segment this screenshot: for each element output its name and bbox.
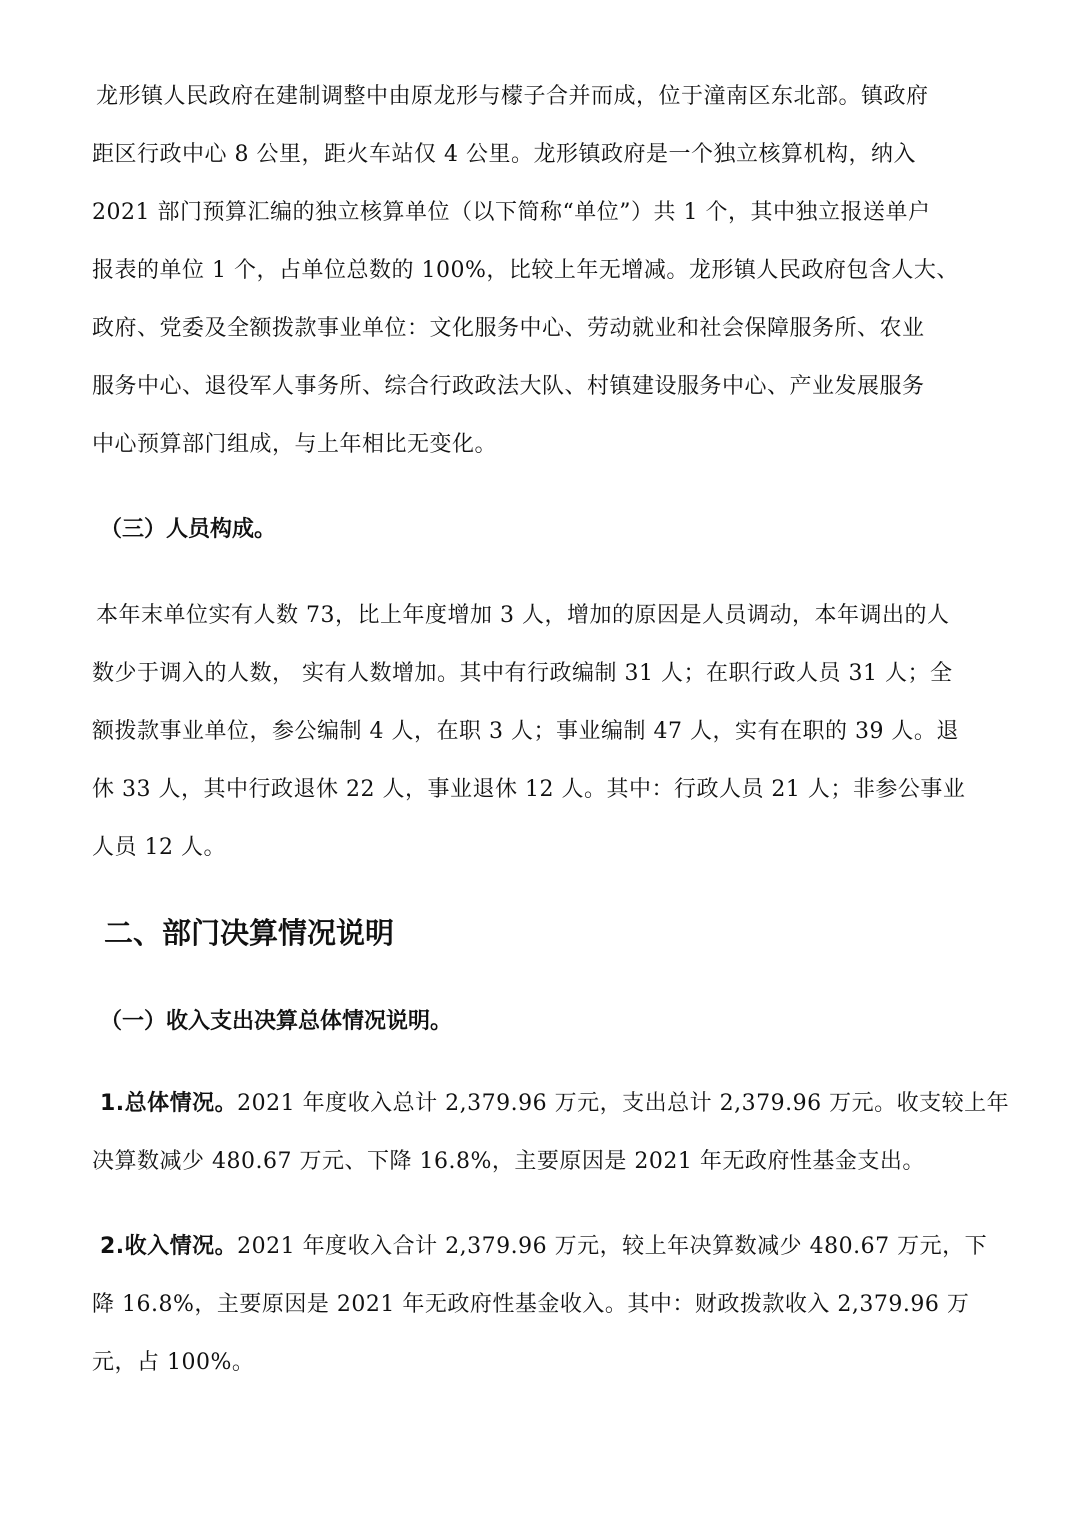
document-page: 龙形镇人民政府在建制调整中由原龙形与檬子合并而成，位于潼南区东北部。镇政府 距区… <box>0 0 1074 1520</box>
paragraph-line: 1.总体情况。2021 年度收入总计 2,379.96 万元，支出总计 2,37… <box>100 1089 1009 1119</box>
paragraph-line: 额拨款事业单位，参公编制 4 人，在职 3 人；事业编制 47 人，实有在职的 … <box>92 717 959 747</box>
income-lead: 2.收入情况。 <box>100 1234 237 1259</box>
paragraph-line: 中心预算部门组成，与上年相比无变化。 <box>92 430 497 460</box>
overall-lead: 1.总体情况。 <box>100 1091 237 1116</box>
paragraph-line: 2.收入情况。2021 年度收入合计 2,379.96 万元，较上年决算数减少 … <box>100 1232 987 1262</box>
paragraph-line: 服务中心、退役军人事务所、综合行政政法大队、村镇建设服务中心、产业发展服务 <box>92 372 925 402</box>
paragraph-line: 2021 部门预算汇编的独立核算单位（以下简称“单位”）共 1 个，其中独立报送… <box>92 198 930 228</box>
income-expenditure-overview-heading: （一）收入支出决算总体情况说明。 <box>100 1007 452 1037</box>
paragraph-line: 人员 12 人。 <box>92 833 226 863</box>
paragraph-line: 降 16.8%，主要原因是 2021 年无政府性基金收入。其中：财政拨款收入 2… <box>92 1290 969 1320</box>
paragraph-line: 距区行政中心 8 公里，距火车站仅 4 公里。龙形镇政府是一个独立核算机构，纳入 <box>92 140 916 170</box>
income-text: 2021 年度收入合计 2,379.96 万元，较上年决算数减少 480.67 … <box>237 1234 987 1259</box>
overall-text: 2021 年度收入总计 2,379.96 万元，支出总计 2,379.96 万元… <box>237 1091 1009 1116</box>
paragraph-line: 数少于调入的人数， 实有人数增加。其中有行政编制 31 人；在职行政人员 31 … <box>92 659 952 689</box>
paragraph-line: 休 33 人，其中行政退休 22 人，事业退休 12 人。其中：行政人员 21 … <box>92 775 965 805</box>
paragraph-line: 决算数减少 480.67 万元、下降 16.8%，主要原因是 2021 年无政府… <box>92 1147 925 1177</box>
paragraph-line: 政府、党委及全额拨款事业单位：文化服务中心、劳动就业和社会保障服务所、农业 <box>92 314 925 344</box>
paragraph-line: 本年末单位实有人数 73，比上年度增加 3 人，增加的原因是人员调动，本年调出的… <box>96 601 949 631</box>
paragraph-line: 元，占 100%。 <box>92 1348 254 1378</box>
paragraph-line: 报表的单位 1 个，占单位总数的 100%，比较上年无增减。龙形镇人民政府包含人… <box>92 256 959 286</box>
section-two-heading: 二、部门决算情况说明 <box>104 914 394 952</box>
staff-composition-heading: （三）人员构成。 <box>100 515 276 545</box>
paragraph-line: 龙形镇人民政府在建制调整中由原龙形与檬子合并而成，位于潼南区东北部。镇政府 <box>96 82 929 112</box>
